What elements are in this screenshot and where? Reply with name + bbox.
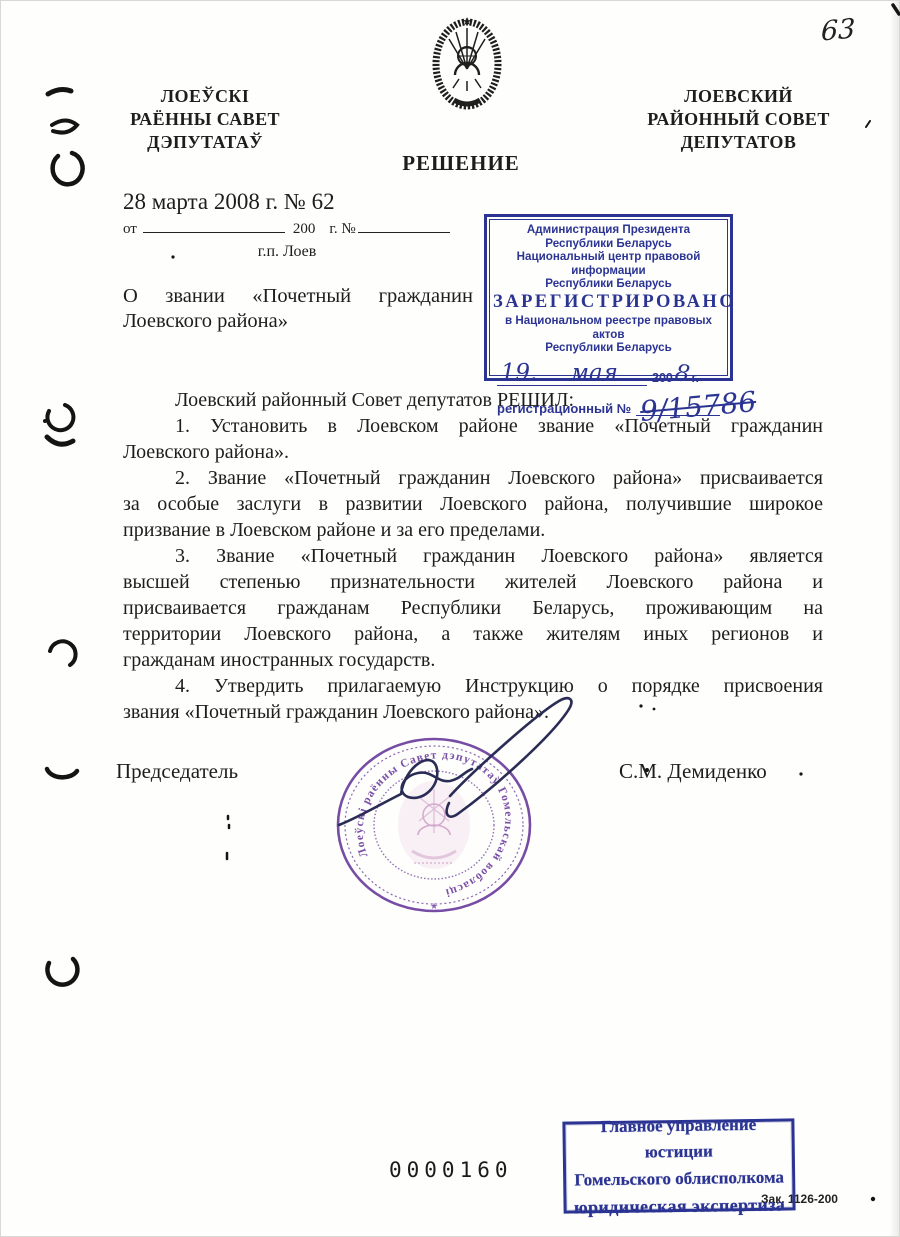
org-left-line2: РАЁННЫ САВЕТ [85, 108, 325, 131]
p3-line5: гражданам иностранных государств. [123, 647, 823, 673]
year-suffix: г. [692, 371, 699, 386]
stamp-header-line3: Национальный центр правовой информации [493, 250, 724, 277]
svg-text:★: ★ [462, 16, 472, 28]
p2-line1: 2. Звание «Почетный гражданин Лоевского … [123, 465, 823, 491]
p1-line2: Лоевского района». [123, 439, 823, 465]
place-name: г.п. Лоев [237, 243, 337, 261]
stamp-header-line1: Администрация Президента [493, 223, 724, 237]
paragraph-1: 1. Установить в Лоевском районе звание «… [123, 413, 823, 465]
seal-bottom-star-icon: ★ [430, 901, 438, 911]
subject-line2: Лоевского района» [123, 309, 473, 334]
p2-line2: за особые заслуги в развитии Лоевского р… [123, 491, 823, 517]
paragraph-3: 3. Звание «Почетный гражданин Лоевского … [123, 543, 823, 673]
stamp-registered-word: ЗАРЕГИСТРИРОВАНО [493, 292, 724, 313]
blank-line [358, 218, 450, 233]
date-and-number-line: 28 марта 2008 г. № 62 [123, 189, 335, 215]
blank-from-label: от [123, 221, 137, 237]
justice-stamp-line2: Гомельского облисполкома [566, 1164, 792, 1193]
handwritten-page-number: 63 [821, 13, 856, 47]
signer-title: Председатель [116, 759, 238, 784]
document-type-title: РЕШЕНИЕ [341, 151, 581, 176]
handwritten-month: мая [541, 362, 647, 386]
signature-ink [301, 677, 601, 847]
p3-line2: высшей степенью признательности жителей … [123, 569, 823, 595]
justice-stamp-line3: юридическая экспертиза [566, 1191, 792, 1220]
paragraph-2: 2. Звание «Почетный гражданин Лоевского … [123, 465, 823, 543]
handwritten-day: 19. [497, 362, 541, 386]
blank-year-suffix: г. № [329, 221, 355, 237]
org-name-belarusian: ЛОЕЎСКІ РАЁННЫ САВЕТ ДЭПУТАТАЎ [85, 85, 325, 154]
p3-line4: территории Лоевского района, а также жит… [123, 621, 823, 647]
signer-name: С.М. Демиденко [619, 759, 767, 784]
org-left-line3: ДЭПУТАТАЎ [85, 131, 325, 154]
resolution-body: Лоевский районный Совет депутатов РЕШИЛ:… [123, 387, 823, 725]
scan-edge-shading [890, 1, 899, 1236]
stamp-date-row: 19. мая 200 8 г. [493, 355, 724, 386]
org-right-line1: ЛОЕВСКИЙ [601, 85, 876, 108]
stamp-header-line4: Республики Беларусь [493, 277, 724, 291]
org-right-line2: РАЙОННЫЙ СОВЕТ [601, 108, 876, 131]
subject-line1: О звании «Почетный гражданин [123, 284, 473, 309]
org-name-russian: ЛОЕВСКИЙ РАЙОННЫЙ СОВЕТ ДЕПУТАТОВ [601, 85, 876, 154]
handwritten-year-digit: 8 [673, 362, 691, 387]
serial-number: 0000160 [389, 1158, 513, 1182]
p3-line1: 3. Звание «Почетный гражданин Лоевского … [123, 543, 823, 569]
justice-stamp-line1: Главное управление юстиции [565, 1111, 792, 1166]
resolution-intro: Лоевский районный Совет депутатов РЕШИЛ: [123, 387, 823, 413]
justice-department-stamp: Главное управление юстиции Гомельского о… [562, 1118, 795, 1213]
p1-line1: 1. Установить в Лоевском районе звание «… [123, 413, 823, 439]
printed-year-prefix: 200 [652, 371, 673, 386]
coat-of-arms-icon: ★ [425, 11, 509, 111]
registration-stamp-inner-border: Администрация Президента Республики Бела… [489, 219, 728, 376]
scanned-document-page: ЛОЕЎСКІ РАЁННЫ САВЕТ ДЭПУТАТАЎ ЛОЕВСКИЙ … [0, 0, 900, 1237]
registration-stamp: Администрация Президента Республики Бела… [484, 214, 733, 381]
p2-line3: призвание в Лоевском районе и за его пре… [123, 517, 823, 543]
blank-line [143, 218, 285, 233]
blank-date-row: от200г. № [123, 218, 450, 238]
stamp-registry-line2: Республики Беларусь [493, 341, 724, 355]
blank-year: 200 [293, 221, 316, 237]
stamp-registry-line1: в Национальном реестре правовых актов [493, 314, 724, 341]
org-right-line3: ДЕПУТАТОВ [601, 131, 876, 154]
subject-heading: О звании «Почетный гражданин Лоевского р… [123, 284, 473, 334]
p3-line3: присваивается гражданам Республики Белар… [123, 595, 823, 621]
org-left-line1: ЛОЕЎСКІ [85, 85, 325, 108]
stamp-header-line2: Республики Беларусь [493, 237, 724, 251]
